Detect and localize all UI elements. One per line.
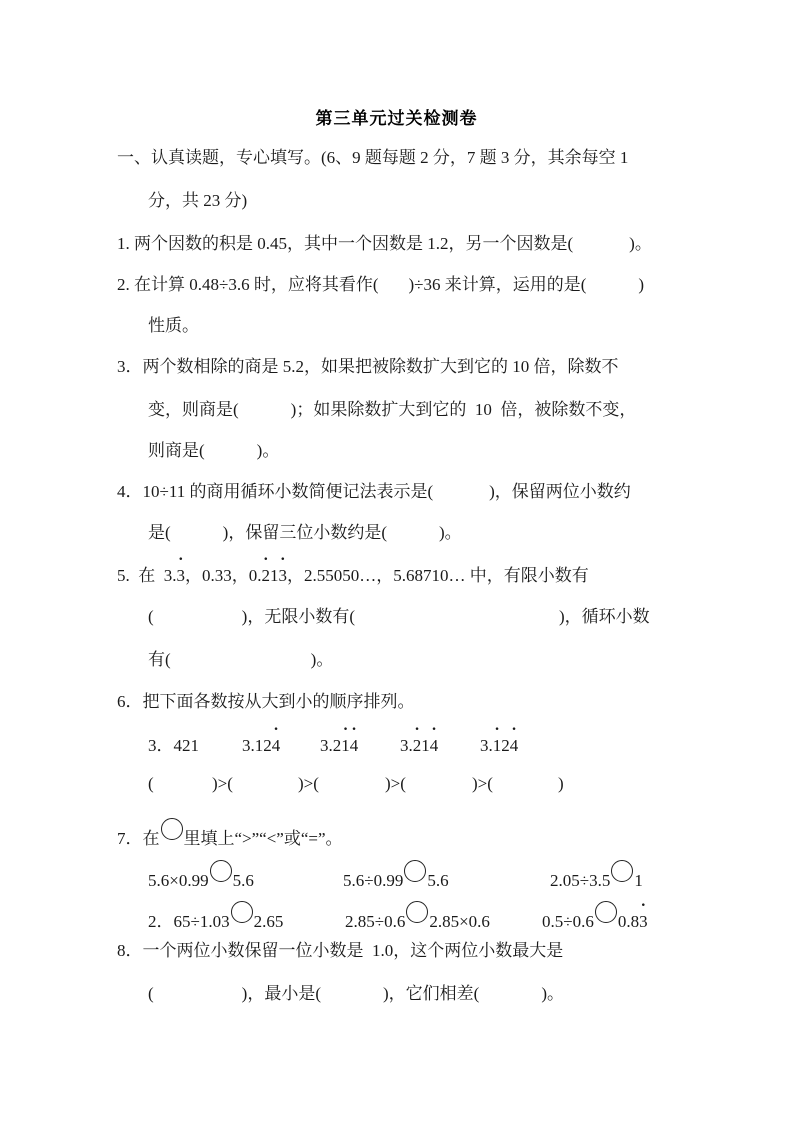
order-gt: )>( xyxy=(385,773,406,795)
question-4-cont: 是()，保留三位小数约是()。 xyxy=(148,522,462,544)
number-0-83-repeating: 0.83 xyxy=(618,912,648,931)
order-paren: ( xyxy=(148,773,154,795)
question-6: 6．把下面各数按从大到小的顺序排列。 xyxy=(117,691,415,713)
question-5: 5. 在 3.3，0.33，0.213，2.55050…，5.68710… 中，… xyxy=(117,565,589,587)
question-3-cont2: 则商是()。 xyxy=(148,440,279,462)
compare-item: 5.6×0.995.6 xyxy=(148,860,254,892)
circle-icon xyxy=(161,818,183,840)
order-paren: ) xyxy=(558,773,564,795)
question-3-cont: 变，则商是()；如果除数扩大到它的 10 倍，被除数不变， xyxy=(148,399,636,421)
number-3-214-repeating-a: 3.214 xyxy=(320,735,358,757)
question-3: 3．两个数相除的商是 5.2，如果把被除数扩大到它的 10 倍，除数不 xyxy=(117,356,619,378)
question-1: 1. 两个因数的积是 0.45，其中一个因数是 1.2，另一个因数是()。 xyxy=(117,233,652,255)
number-3-214-repeating-b: 3.214 xyxy=(400,735,438,757)
compare-circle[interactable] xyxy=(406,901,428,923)
section-heading-cont: 分，共 23 分) xyxy=(148,190,247,212)
question-2: 2. 在计算 0.48÷3.6 时，应将其看作()÷36 来计算，运用的是() xyxy=(117,274,644,296)
compare-circle[interactable] xyxy=(611,860,633,882)
number-0-213-repeating: 0.213 xyxy=(249,566,287,585)
number-3-124-repeating-b: 3.124 xyxy=(480,735,518,757)
question-2-cont: 性质。 xyxy=(148,315,199,337)
exam-page: 第三单元过关检测卷 一、认真读题，专心填写。(6、9 题每题 2 分，7 题 3… xyxy=(0,0,793,1122)
number-3-124-repeating: 3.124 xyxy=(242,735,280,757)
number-3-3-repeating: 3.3 xyxy=(164,566,185,585)
compare-circle[interactable] xyxy=(231,901,253,923)
number-3-421: 3．421 xyxy=(148,735,199,757)
compare-item: 5.6÷0.995.6 xyxy=(343,860,449,892)
compare-circle[interactable] xyxy=(595,901,617,923)
question-8-cont: ()，最小是()，它们相差()。 xyxy=(148,983,564,1005)
question-5-cont2: 有()。 xyxy=(148,649,333,671)
question-5-cont: ()，无限小数有()，循环小数 xyxy=(148,606,650,628)
compare-item: 2.85÷0.62.85×0.6 xyxy=(345,901,490,933)
compare-circle[interactable] xyxy=(210,860,232,882)
section-heading: 一、认真读题，专心填写。(6、9 题每题 2 分，7 题 3 分，其余每空 1 xyxy=(117,147,628,169)
compare-item: 2．65÷1.032.65 xyxy=(148,901,283,933)
page-title: 第三单元过关检测卷 xyxy=(0,104,793,129)
order-gt: )>( xyxy=(472,773,493,795)
order-gt: )>( xyxy=(212,773,233,795)
question-7: 7．在里填上“>”“<”或“=”。 xyxy=(117,818,343,850)
question-4: 4．10÷11 的商用循环小数简便记法表示是()，保留两位小数约 xyxy=(117,481,631,503)
compare-circle[interactable] xyxy=(404,860,426,882)
order-gt: )>( xyxy=(298,773,319,795)
question-8: 8．一个两位小数保留一位小数是 1.0，这个两位小数最大是 xyxy=(117,940,563,962)
compare-item: 2.05÷3.51 xyxy=(550,860,643,892)
compare-item: 0.5÷0.60.83 xyxy=(542,901,648,933)
